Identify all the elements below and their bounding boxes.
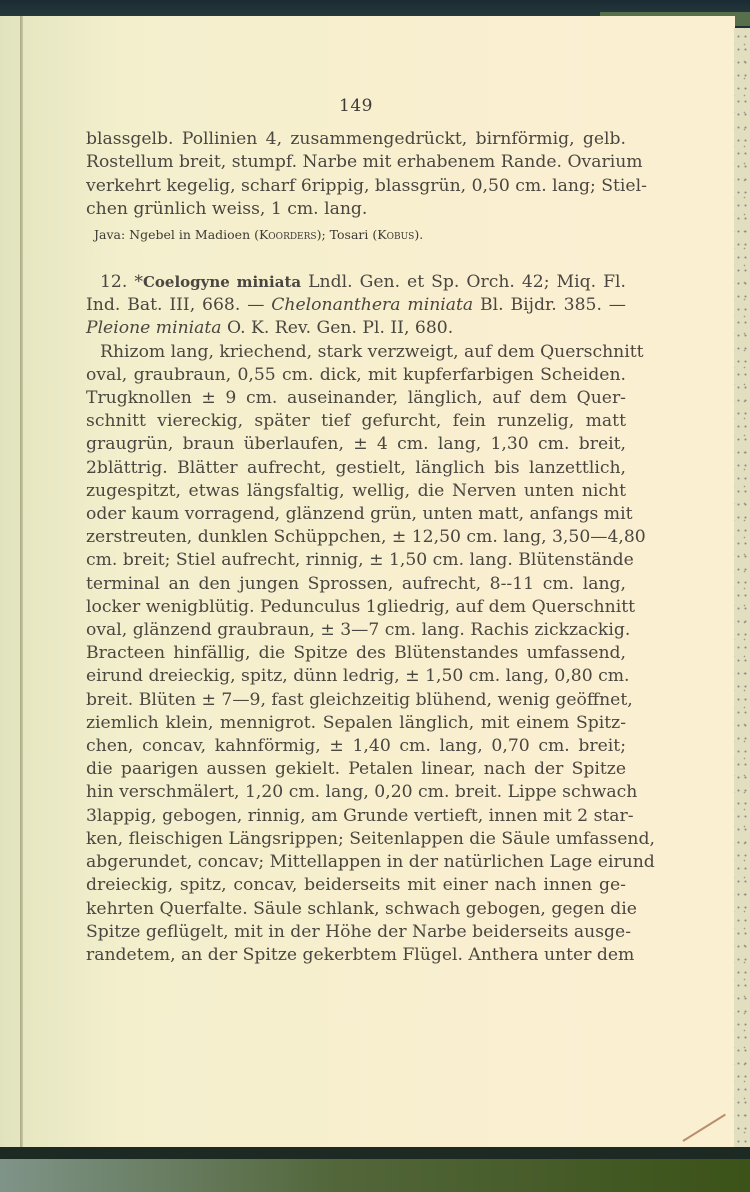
- species-entry: 12. *Coelogyne miniata Lndl. Gen. et Sp.…: [86, 271, 626, 967]
- text-line: ziemlich klein, mennigrot. Sepalen längl…: [86, 712, 626, 735]
- text-line: chen, concav, kahnförmig, ± 1,40 cm. lan…: [86, 735, 626, 758]
- collector-name: Kobus: [377, 227, 414, 242]
- species-name: Coelogyne miniata: [143, 273, 301, 291]
- text-line: graugrün, braun überlaufen, ± 4 cm. lang…: [86, 433, 626, 456]
- text-line: die paarigen aussen gekielt. Petalen lin…: [86, 758, 626, 781]
- text-line: 2blättrig. Blätter aufrecht, gestielt, l…: [86, 457, 626, 480]
- text-line: 3lappig, gebogen, rinnig, am Grunde vert…: [86, 805, 626, 828]
- continuation-paragraph: blassgelb. Pollinien 4, zusammengedrückt…: [86, 128, 626, 221]
- text-line: hin verschmälert, 1,20 cm. lang, 0,20 cm…: [86, 781, 626, 804]
- text-line: locker wenigblütig. Pedunculus 1gliedrig…: [86, 596, 626, 619]
- text-line: oval, graubraun, 0,55 cm. dick, mit kupf…: [86, 364, 626, 387]
- book-cover-bottom: [0, 1147, 750, 1192]
- text-line: blassgelb. Pollinien 4, zusammengedrückt…: [86, 128, 626, 151]
- synonym: Pleione miniata: [86, 318, 222, 338]
- text-line: verkehrt kegelig, scharf 6rippig, blassg…: [86, 175, 626, 198]
- text-line: abgerundet, concav; Mittellappen in der …: [86, 851, 626, 874]
- page-gutter-fold: [20, 16, 23, 1148]
- text-line: eirund dreieckig, spitz, dünn ledrig, ± …: [86, 665, 626, 688]
- text-line: breit. Blüten ± 7—9, fast gleichzeitig b…: [86, 689, 626, 712]
- page-stack-edge: [734, 28, 750, 1148]
- text-line: ken, fleischigen Längsrippen; Seitenlapp…: [86, 828, 626, 851]
- text-line: kehrten Querfalte. Säule schlank, schwac…: [86, 898, 626, 921]
- text-line: Spitze geflügelt, mit in der Höhe der Na…: [86, 921, 626, 944]
- synonym: Chelonanthera miniata: [271, 295, 473, 315]
- text-line: Rostellum breit, stumpf. Narbe mit erhab…: [86, 151, 626, 174]
- entry-heading-line: Pleione miniata O. K. Rev. Gen. Pl. II, …: [86, 317, 626, 340]
- text-line: randetem, an der Spitze gekerbtem Flügel…: [86, 944, 626, 967]
- text-line: zugespitzt, etwas längsfaltig, wellig, d…: [86, 480, 626, 503]
- page-number: 149: [86, 95, 626, 118]
- text-line: dreieckig, spitz, concav, beiderseits mi…: [86, 874, 626, 897]
- text-line: cm. breit; Stiel aufrecht, rinnig, ± 1,5…: [86, 549, 626, 572]
- text-line: Trugknollen ± 9 cm. auseinander, länglic…: [86, 387, 626, 410]
- page-text: 149 blassgelb. Pollinien 4, zusammengedr…: [86, 95, 626, 967]
- text-line: chen grünlich weiss, 1 cm. lang.: [86, 198, 626, 221]
- description-paragraph: Rhizom lang, kriechend, stark verzweigt,…: [86, 341, 626, 967]
- text-line: zerstreuten, dunklen Schüppchen, ± 12,50…: [86, 526, 626, 549]
- locality-line: Java: Ngebel in Madioen (Koorders); Tosa…: [94, 225, 626, 245]
- text-line: Rhizom lang, kriechend, stark verzweigt,…: [86, 341, 626, 364]
- text-line: terminal an den jungen Sprossen, aufrech…: [86, 573, 626, 596]
- text-line: schnitt viereckig, später tief gefurcht,…: [86, 410, 626, 433]
- text-line: Bracteen hinfällig, die Spitze des Blüte…: [86, 642, 626, 665]
- text-line: oval, glänzend graubraun, ± 3—7 cm. lang…: [86, 619, 626, 642]
- collector-name: Koorders: [259, 227, 317, 242]
- entry-heading-line: 12. *Coelogyne miniata Lndl. Gen. et Sp.…: [86, 271, 626, 294]
- entry-number: 12. *: [100, 272, 143, 292]
- text-line: oder kaum vorragend, glänzend grün, unte…: [86, 503, 626, 526]
- entry-heading-line: Ind. Bat. III, 668. — Chelonanthera mini…: [86, 294, 626, 317]
